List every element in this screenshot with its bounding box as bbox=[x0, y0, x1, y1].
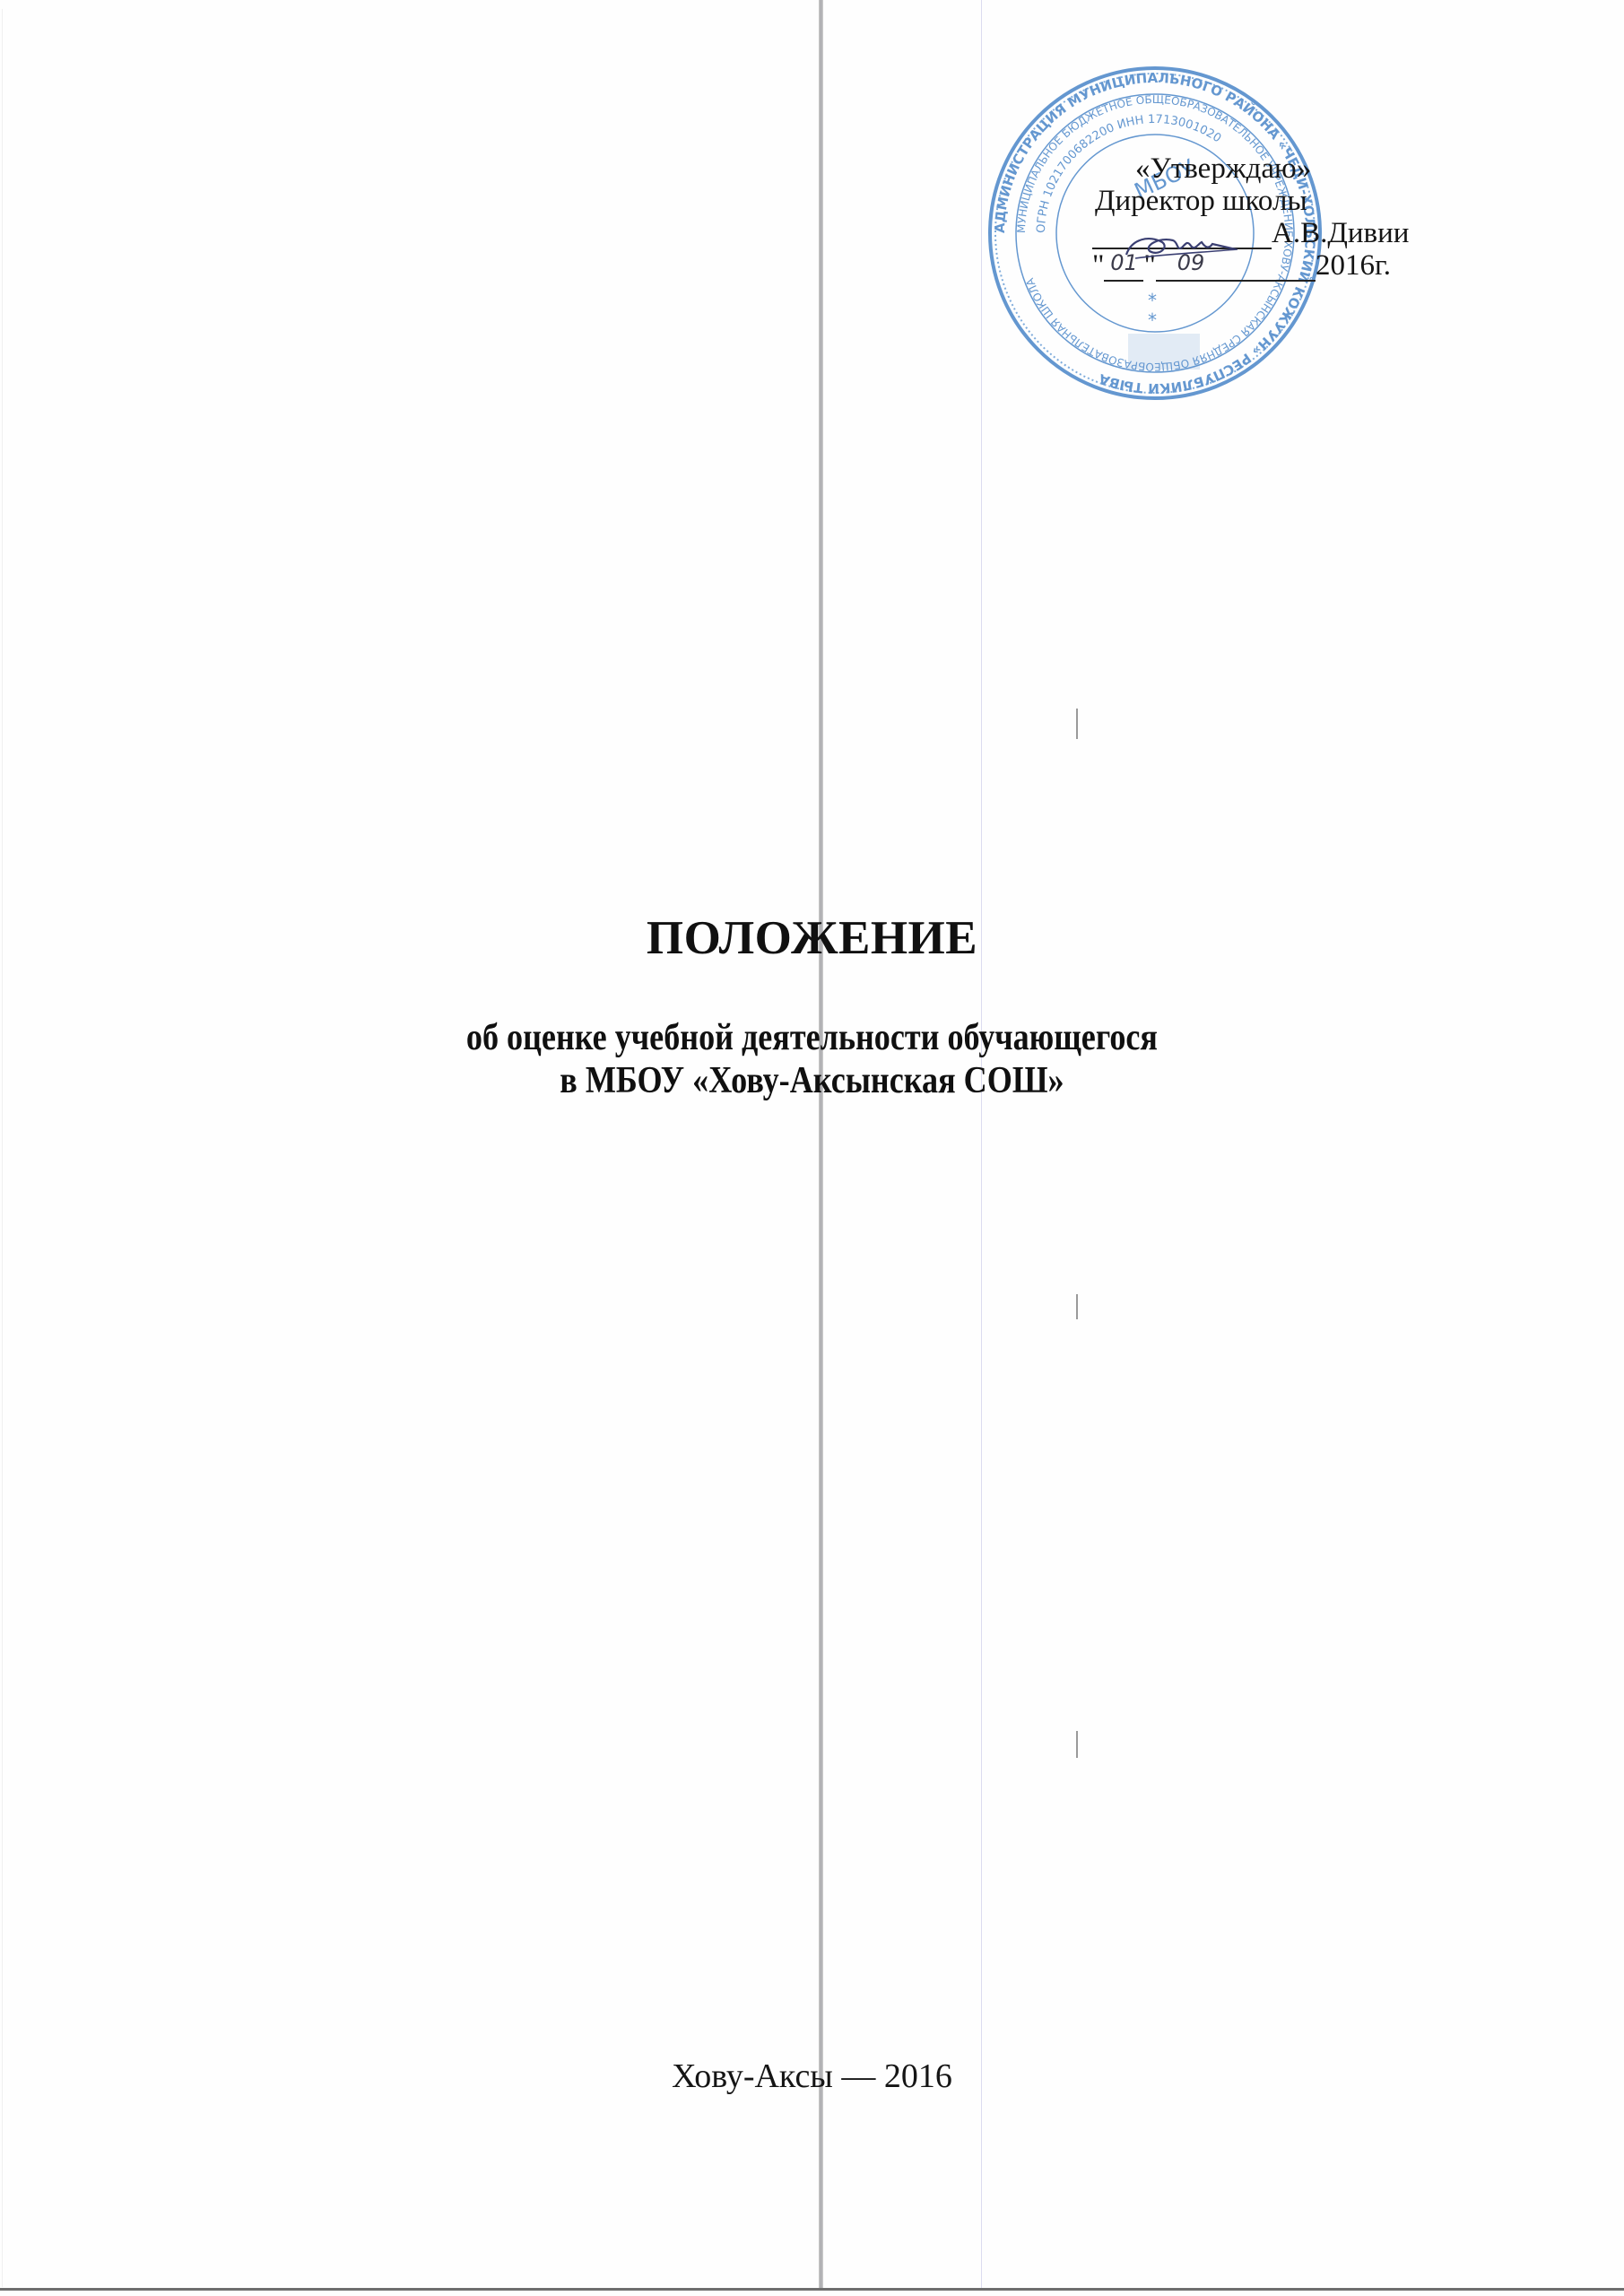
approver-position: Директор школы bbox=[1092, 185, 1469, 217]
document-subtitle: об оценке учебной деятельности обучающег… bbox=[114, 1016, 1510, 1102]
subtitle-line-1: об оценке учебной деятельности обучающег… bbox=[114, 1016, 1510, 1059]
svg-text:*: * bbox=[1148, 309, 1157, 331]
scan-left-edge bbox=[2, 9, 3, 2287]
svg-text:*: * bbox=[1148, 290, 1157, 311]
place-and-year: Хову-Аксы — 2016 bbox=[0, 2057, 1624, 2096]
scan-fold-line bbox=[819, 0, 823, 2289]
approval-block: «Утверждаю» Директор школы А.В.Дивии "01… bbox=[1092, 152, 1469, 282]
subtitle-line-2: в МБОУ «Хову-Аксынская СОШ» bbox=[114, 1059, 1510, 1102]
document-title: ПОЛОЖЕНИЕ bbox=[0, 911, 1624, 965]
scan-fold-line-faint bbox=[981, 0, 982, 2289]
scan-tick-mark bbox=[1076, 1731, 1078, 1758]
approval-label: «Утверждаю» bbox=[1092, 152, 1469, 185]
date-year: 2016г. bbox=[1316, 249, 1391, 282]
scan-tick-mark bbox=[1076, 709, 1078, 739]
scanned-document-page: АДМИНИСТРАЦИЯ МУНИЦИПАЛЬНОГО РАЙОНА «ЧЕД… bbox=[0, 0, 1624, 2296]
signature-mark bbox=[1123, 231, 1239, 262]
scan-bottom-edge bbox=[0, 2288, 1624, 2291]
scan-tick-mark bbox=[1076, 1294, 1078, 1319]
signer-name: А.В.Дивии bbox=[1272, 217, 1409, 249]
